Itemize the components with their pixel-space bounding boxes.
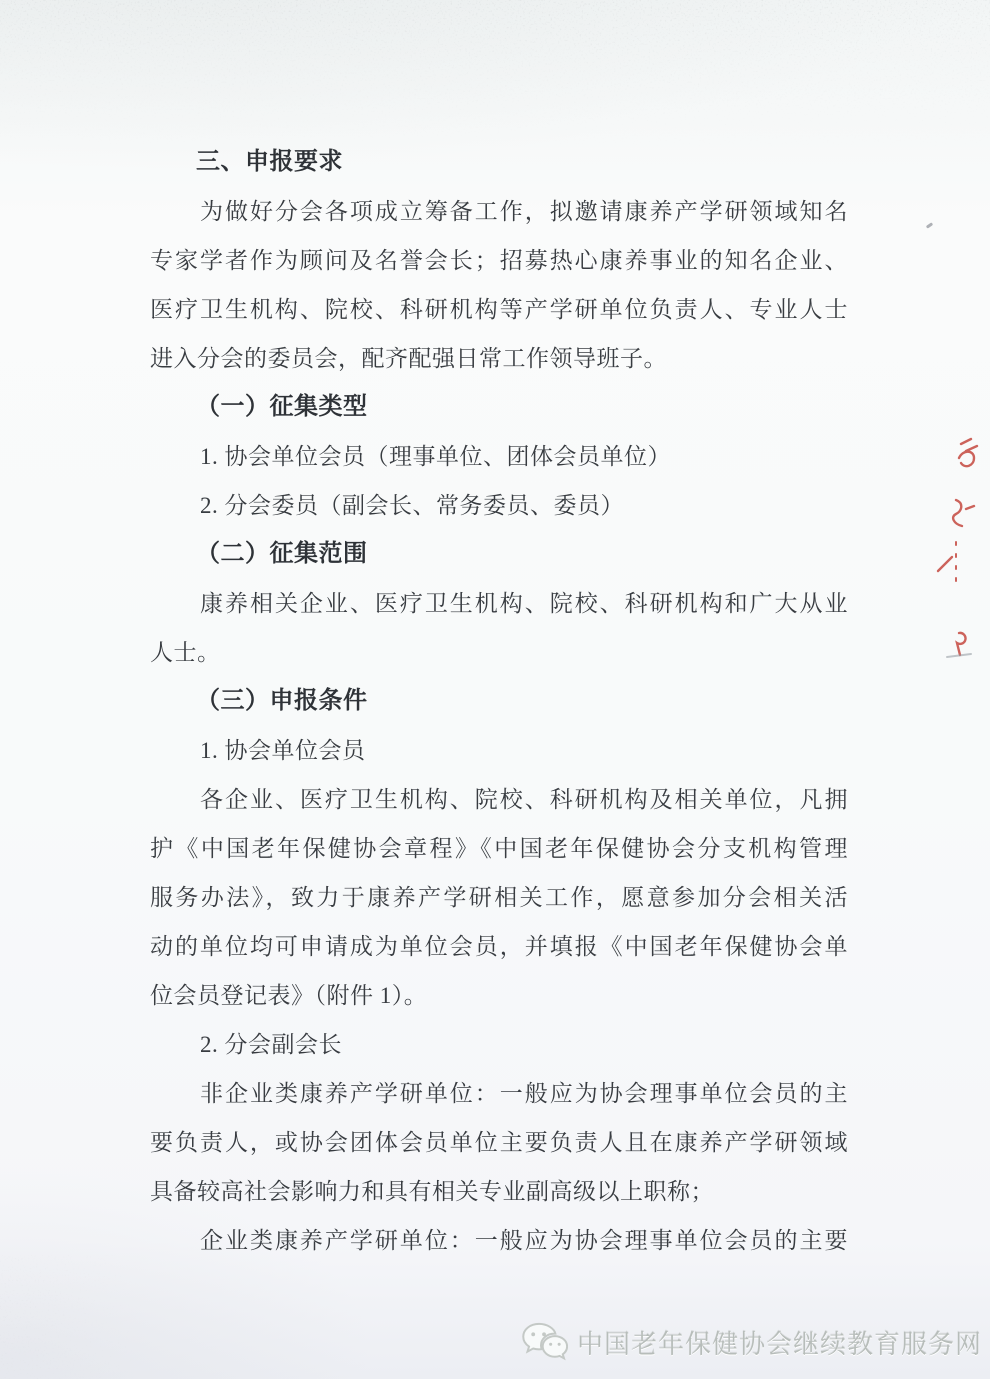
scan-speck	[926, 222, 933, 228]
section-heading: （一）征集类型	[150, 383, 848, 432]
text-line: 康养相关企业、医疗卫生机构、院校、科研机构和广大从业	[150, 579, 848, 628]
wechat-icon	[521, 1322, 568, 1362]
section-heading: （三）申报条件	[150, 677, 848, 726]
text-line: 服务办法》，致力于康养产学研相关工作，愿意参加分会相关活	[150, 873, 848, 922]
document-body: 三、申报要求 为做好分会各项成立筹备工作，拟邀请康养产学研领域知名 专家学者作为…	[150, 138, 848, 1265]
scan-noise-bottom	[0, 1255, 400, 1379]
section-heading: （二）征集范围	[150, 530, 848, 579]
watermark-footer: 中国老年保健协会继续教育服务网	[521, 1316, 982, 1368]
list-item: 1. 协会单位会员（理事单位、团体会员单位）	[150, 432, 848, 481]
text-line: 要负责人，或协会团体会员单位主要负责人且在康养产学研领域	[150, 1118, 848, 1167]
watermark-text: 中国老年保健协会继续教育服务网	[577, 1324, 982, 1361]
text-line: 具备较高社会影响力和具有相关专业副高级以上职称；	[150, 1167, 848, 1216]
list-item: 2. 分会副会长	[150, 1020, 848, 1069]
text-line: 专家学者作为顾问及名誉会长；招募热心康养事业的知名企业、	[150, 236, 848, 285]
text-line: 医疗卫生机构、院校、科研机构等产学研单位负责人、专业人士	[150, 285, 848, 334]
text-line: 人士。	[150, 628, 848, 677]
scanned-document-page: { "page": { "background_color": "#f6f8f8…	[0, 0, 990, 1379]
text-line: 为做好分会各项成立筹备工作，拟邀请康养产学研领域知名	[150, 187, 848, 236]
text-line: 位会员登记表》（附件 1）。	[150, 971, 848, 1020]
text-line: 护《中国老年保健协会章程》《中国老年保健协会分支机构管理	[150, 824, 848, 873]
text-line: 非企业类康养产学研单位：一般应为协会理事单位会员的主	[150, 1069, 848, 1118]
list-item: 2. 分会委员（副会长、常务委员、委员）	[150, 481, 848, 530]
text-line: 各企业、医疗卫生机构、院校、科研机构及相关单位，凡拥	[150, 775, 848, 824]
red-margin-scribbles	[925, 430, 990, 675]
text-line: 企业类康养产学研单位：一般应为协会理事单位会员的主要	[150, 1216, 848, 1265]
scan-noise-top	[0, 0, 990, 150]
text-line: 进入分会的委员会，配齐配强日常工作领导班子。	[150, 334, 848, 383]
list-item: 1. 协会单位会员	[150, 726, 848, 775]
text-line: 动的单位均可申请成为单位会员，并填报《中国老年保健协会单	[150, 922, 848, 971]
section-heading: 三、申报要求	[150, 138, 848, 187]
